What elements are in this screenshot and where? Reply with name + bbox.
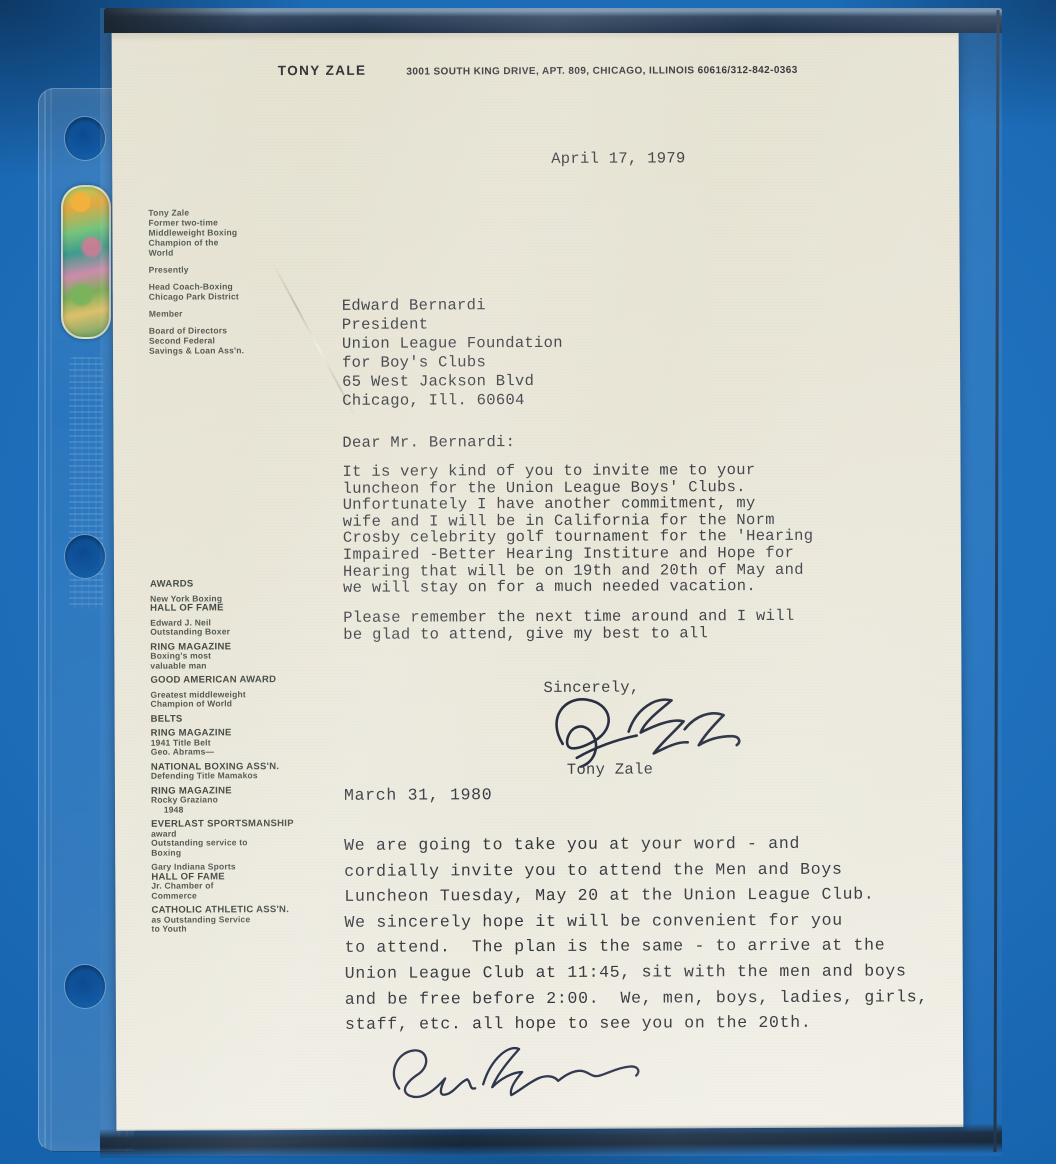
protector-bottom-seam <box>100 1123 1002 1159</box>
letter-1979-date: April 17, 1979 <box>551 149 685 168</box>
letter-1980-paragraph: We are going to take you at your word - … <box>344 830 928 1037</box>
letterhead-name: TONY ZALE <box>278 63 367 78</box>
photo-background: TONY ZALE 3001 SOUTH KING DRIVE, APT. 80… <box>0 0 1056 1164</box>
letter-1979-paragraph-2: Please remember the next time around and… <box>343 608 794 643</box>
typed-signature-name: Tony Zale <box>567 760 653 778</box>
letterhead: TONY ZALE 3001 SOUTH KING DRIVE, APT. 80… <box>278 61 798 78</box>
protector-right-edge <box>994 10 1000 1152</box>
protector-top-seam <box>104 8 1002 33</box>
letter-1980-date: March 31, 1980 <box>344 785 493 805</box>
sidebar-profile: Tony ZaleFormer two-timeMiddleweight Box… <box>148 207 329 363</box>
binder-hole-bottom <box>65 965 105 1008</box>
salutation: Dear Mr. Bernardi: <box>342 433 515 452</box>
letter-page: TONY ZALE 3001 SOUTH KING DRIVE, APT. 80… <box>112 24 964 1131</box>
lois-fleming-signature <box>379 1037 659 1112</box>
sidebar-awards: AWARDSNew York BoxingHALL OF FAMEEdward … <box>150 579 337 939</box>
recipient-address: Edward BernardiPresidentUnion League Fou… <box>342 296 563 411</box>
hologram-sticker <box>61 185 111 339</box>
binder-hole-top <box>65 117 105 160</box>
letterhead-address: 3001 SOUTH KING DRIVE, APT. 809, CHICAGO… <box>406 65 797 78</box>
letter-1979-paragraph-1: It is very kind of you to invite me to y… <box>343 462 814 597</box>
binder-hole-middle <box>65 535 105 578</box>
tony-zale-signature <box>532 687 752 768</box>
